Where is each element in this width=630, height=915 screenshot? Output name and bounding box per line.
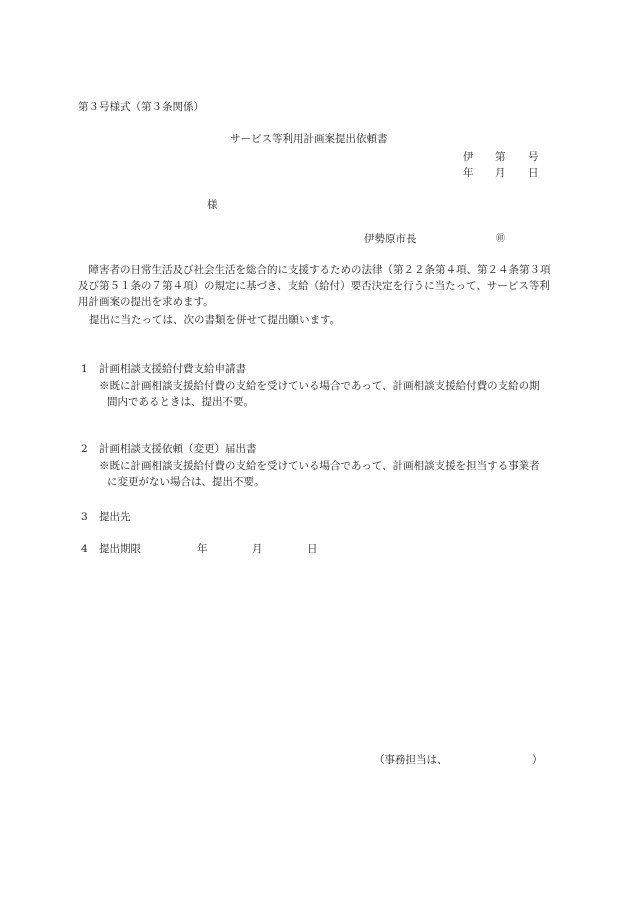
item-note-line2: に変更がない場合は、提出不要。: [107, 474, 265, 490]
item-number: 4: [81, 542, 88, 556]
item-label: 計画相談支援依頼（変更）届出書: [99, 442, 257, 456]
date-month: 月: [495, 166, 506, 180]
seal-icon: ㊞: [496, 232, 505, 246]
doc-number-go: 号: [528, 150, 539, 164]
doc-number-dai: 第: [495, 150, 506, 164]
contact-open: （事務担当は、: [374, 753, 448, 767]
item-label: 提出期限: [99, 542, 141, 556]
item-number: 2: [81, 442, 88, 456]
deadline-month: 月: [252, 542, 263, 556]
item-label: 計画相談支援給付費支給申請書: [99, 362, 246, 376]
item-number: 1: [81, 362, 88, 376]
item-note-line2: 間内であるときは、提出不要。: [107, 394, 254, 410]
addressee-suffix: 様: [207, 198, 218, 212]
document-title: サービス等利用計画案提出依頼書: [230, 132, 388, 146]
deadline-day: 日: [307, 542, 318, 556]
sender-name: 伊勢原市長: [364, 232, 417, 246]
body-paragraph-1: 障害者の日常生活及び社会生活を総合的に支援するための法律（第２２条第４項、第２４…: [78, 262, 556, 310]
doc-number-prefix: 伊: [463, 150, 474, 164]
item-number: 3: [81, 510, 88, 524]
item-label: 提出先: [99, 510, 131, 524]
date-year: 年: [463, 166, 474, 180]
form-label: 第３号様式（第３条関係）: [78, 100, 204, 114]
body-paragraph-2: 提出に当たっては、次の書類を併せて提出願います。: [89, 313, 340, 327]
deadline-year: 年: [197, 542, 208, 556]
date-day: 日: [528, 166, 539, 180]
contact-close: ）: [532, 753, 543, 767]
item-note-line1: ※既に計画相談支援給付費の支給を受けている場合であって、計画相談支援給付費の支給…: [99, 378, 540, 394]
item-note-line1: ※既に計画相談支援給付費の支給を受けている場合であって、計画相談支援を担当する事…: [99, 458, 540, 474]
